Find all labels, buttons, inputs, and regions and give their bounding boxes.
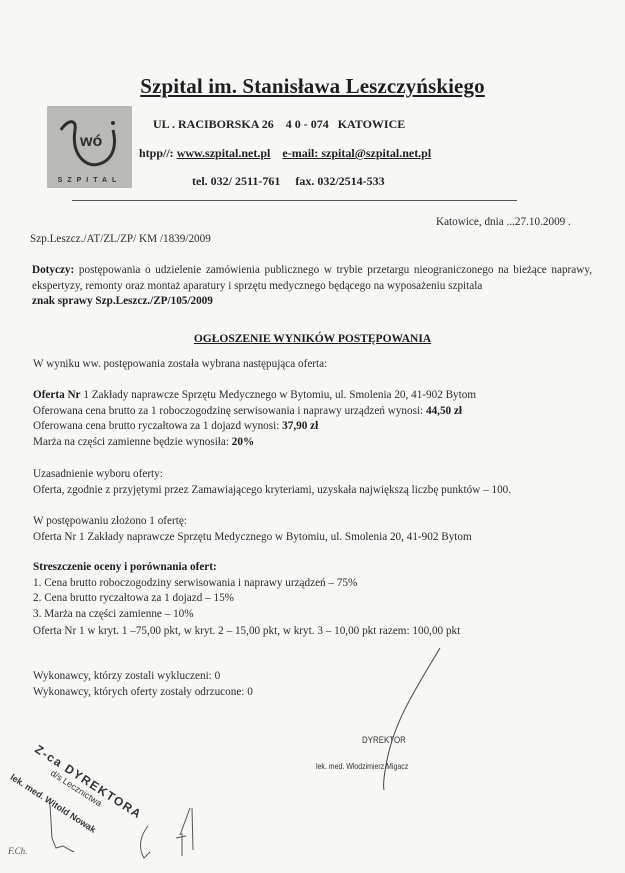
hospital-address: UL . RACIBORSKA 26 4 0 - 074 KATOWICE: [153, 117, 405, 132]
hospital-contact-web: htpp//: www.szpital.net.pl e-mail: szpit…: [139, 146, 431, 161]
reference-number: Szp.Leszcz./AT/ZL/ZP/ KM /1839/2009: [30, 232, 211, 248]
signature-title: DYREKTOR: [362, 735, 406, 745]
intro-text: W wyniku ww. postępowania została wybran…: [33, 357, 327, 373]
offers-count: W postępowaniu złożono 1 ofertę: Oferta …: [33, 514, 472, 545]
offer-line-hourly-rate: Oferowana cena brutto za 1 roboczogodzin…: [33, 404, 476, 420]
travel-fee-value: 37,90 zł: [282, 420, 318, 432]
announcement-heading: OGŁOSZENIE WYNIKÓW POSTĘPOWANIA: [0, 333, 625, 345]
offer-line-travel-fee: Oferowana cena brutto ryczałtowa za 1 do…: [33, 419, 476, 435]
selected-offer: Oferta Nr 1 Zakłady naprawcze Sprzętu Me…: [33, 388, 476, 450]
header-divider: [72, 200, 517, 201]
twoj-smile-logo-icon: wó: [47, 106, 132, 188]
offers-count-title: W postępowaniu złożono 1 ofertę:: [33, 514, 472, 530]
case-number: znak sprawy Szp.Leszcz./ZP/105/2009: [32, 295, 213, 307]
evaluation-summary: Streszczenie oceny i porównania ofert: 1…: [33, 560, 357, 622]
summary-title: Streszczenie oceny i porównania ofert:: [33, 561, 217, 573]
handwritten-initials: F.Ch.: [8, 846, 27, 856]
email-link[interactable]: e-mail: szpital@szpital.net.pl: [282, 146, 431, 160]
offer-text: 1 Zakłady naprawcze Sprzętu Medycznego w…: [81, 389, 477, 401]
score-line: Oferta Nr 1 w kryt. 1 –75,00 pkt, w kryt…: [33, 624, 460, 640]
hospital-phone-fax: tel. 032/ 2511-761 fax. 032/2514-533: [192, 174, 385, 189]
stamp-title: Z-ca DYREKTORA: [32, 742, 144, 822]
logo-caption: SZPITAL: [47, 177, 132, 184]
contractors-status: Wykonawcy, którzy zostali wykluczeni: 0 …: [33, 669, 253, 700]
hospital-name: Szpital im. Stanisława Leszczyńskiego: [0, 74, 625, 99]
website-link[interactable]: www.szpital.net.pl: [177, 146, 271, 160]
offer-label: Oferta Nr: [33, 389, 81, 401]
criterion-item: 1. Cena brutto roboczogodziny serwisowan…: [33, 576, 357, 592]
criterion-item: 3. Marża na części zamienne – 10%: [33, 607, 357, 623]
place-date: Katowice, dnia ...27.10.2009 .: [436, 215, 571, 231]
subject-label: Dotyczy:: [32, 264, 74, 276]
subject-block: Dotyczy: postępowania o udzielenie zamów…: [32, 263, 592, 310]
justification: Uzasadnienie wyboru oferty: Oferta, zgod…: [33, 467, 511, 498]
hourly-rate-value: 44,50 zł: [426, 405, 462, 417]
justification-title: Uzasadnienie wyboru oferty:: [33, 467, 511, 483]
hospital-logo: wó SZPITAL: [47, 106, 132, 188]
offers-count-text: Oferta Nr 1 Zakłady naprawcze Sprzętu Me…: [33, 530, 472, 546]
offer-line-parts-margin: Marża na części zamienne będzie wynosiła…: [33, 435, 476, 451]
signature-name: lek. med. Włodzimierz Migacz: [316, 761, 408, 771]
justification-text: Oferta, zgodnie z przyjętymi przez Zamaw…: [33, 483, 511, 499]
subject-text: postępowania o udzielenie zamówienia pub…: [32, 264, 592, 292]
criterion-item: 2. Cena brutto ryczałtowa za 1 dojazd – …: [33, 591, 357, 607]
svg-text:wó: wó: [79, 133, 102, 150]
deputy-director-stamp: Z-ca DYREKTORA d/s Lecznictwa: [27, 742, 145, 830]
excluded-contractors: Wykonawcy, którzy zostali wykluczeni: 0: [33, 669, 253, 685]
rejected-offers: Wykonawcy, których oferty zostały odrzuc…: [33, 685, 253, 701]
web-prefix: htpp//:: [139, 146, 177, 160]
parts-margin-value: 20%: [232, 436, 254, 448]
